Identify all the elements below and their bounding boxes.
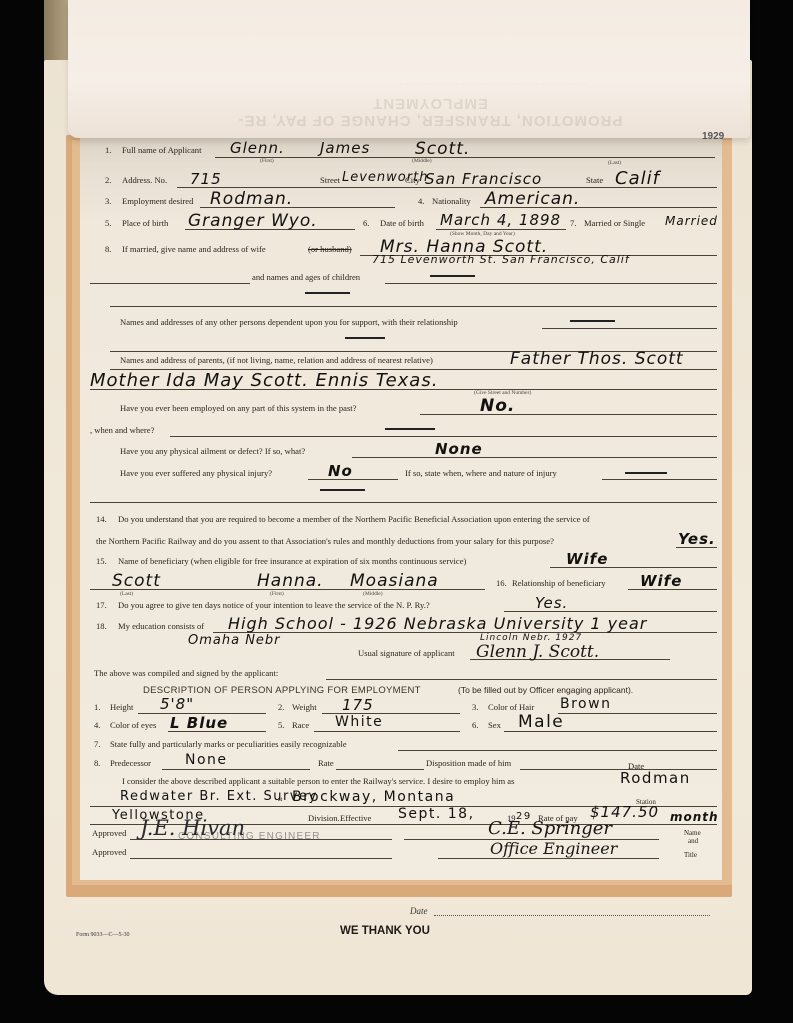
footer-date-line — [434, 915, 710, 916]
officer-signature: C.E. Springer — [488, 818, 612, 839]
first-name-value: Glenn. — [230, 139, 285, 157]
officer-title: Office Engineer — [490, 839, 617, 858]
year-stub: 1929 — [702, 131, 724, 142]
applicant-signature: Glenn J. Scott. — [476, 642, 599, 662]
middle-name-value: James — [320, 139, 370, 157]
footer-date-label: Date — [410, 906, 428, 916]
thank-you-text: WE THANK YOU — [340, 925, 430, 937]
consulting-engineer-stamp: CONSULTING ENGINEER — [178, 831, 321, 842]
last-name-value: Scott. — [415, 139, 470, 159]
form-number: Form 9033—C—5-30 — [76, 932, 130, 938]
application-form: 1. Full name of Applicant Glenn. James S… — [80, 135, 722, 880]
bleed-through-title: PROMOTION, TRANSFER, CHANGE OF PAY, RE-E… — [200, 95, 660, 129]
